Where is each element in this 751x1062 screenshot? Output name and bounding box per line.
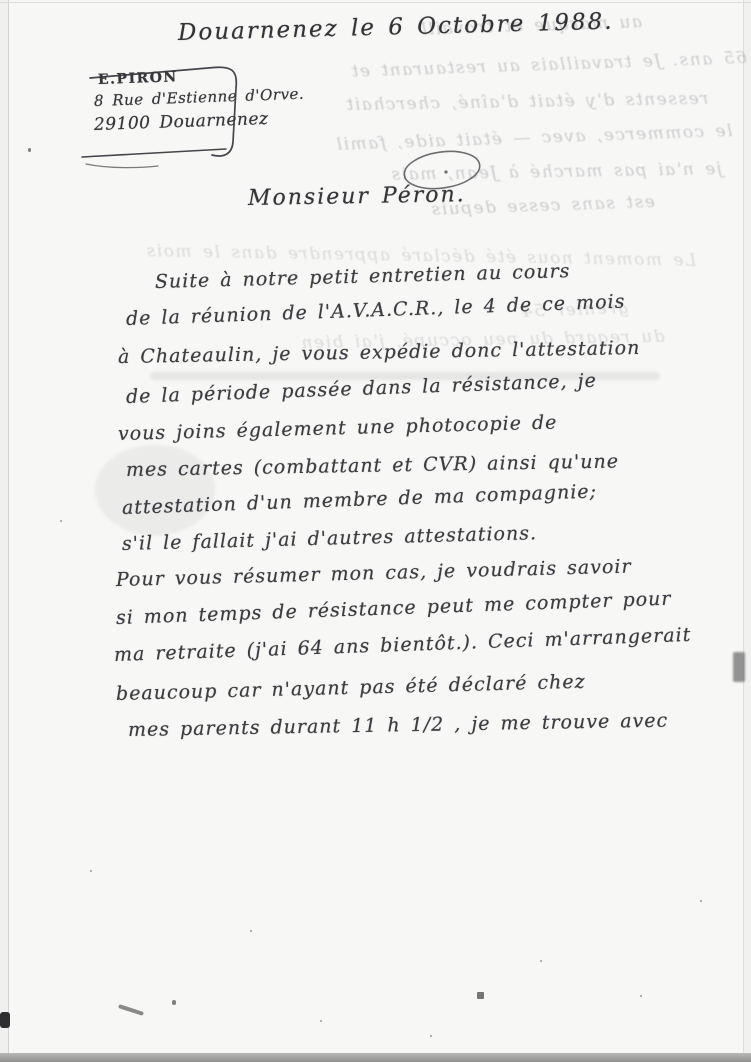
page-right-edge [743,0,744,1062]
bottom-scan-edge [0,1053,751,1062]
scanned-letter-page: au marque et travaill 65 ans. Je travail… [0,0,751,1062]
salutation: Monsieur Péron. [248,182,466,211]
scan-artifact-right-smudge [733,652,745,682]
scan-artifact-blob [0,1012,10,1028]
body-line: vous joins également une photocopie de [118,411,558,444]
scan-artifact-streak [118,1004,144,1016]
dateline: Douarnenez le 6 Octobre 1988. [178,9,614,46]
body-line: si mon temps de résistance peut me compt… [116,588,672,629]
bleedthrough-line: le commerce, avec — était aide, famil [335,121,733,155]
right-scan-margin [744,0,751,1062]
body-line: de la réunion de l'A.V.A.C.R., le 4 de c… [126,291,626,330]
body-line: beaucoup car n'ayant pas été déclaré che… [116,671,586,705]
page-top-edge [0,2,751,3]
body-line: Pour vous résumer mon cas, je voudrais s… [116,556,632,591]
body-line: mes parents durant 11 h 1/2 , je me trou… [128,710,669,741]
bleedthrough-line: 65 ans. Je travaillais au restaurant et [350,48,747,82]
body-line: ma retraite (j'ai 64 ans bientôt.). Ceci… [114,624,692,666]
body-line: à Chateaulin, je vous expédie donc l'att… [118,337,641,368]
bleedthrough-line: ressents d'y était d'aîné, cherchait [345,89,709,115]
body-line: Suite à notre petit entretien au cours [155,260,571,293]
scan-artifact-speck [172,1000,176,1005]
page-left-edge [8,0,9,1062]
scan-artifact-speck [28,148,31,152]
left-scan-margin [0,0,8,1062]
scan-artifact-mark [477,992,484,999]
body-line: mes cartes (combattant et CVR) ainsi qu'… [126,450,619,481]
stamp-name: E.PIRON [98,69,178,88]
